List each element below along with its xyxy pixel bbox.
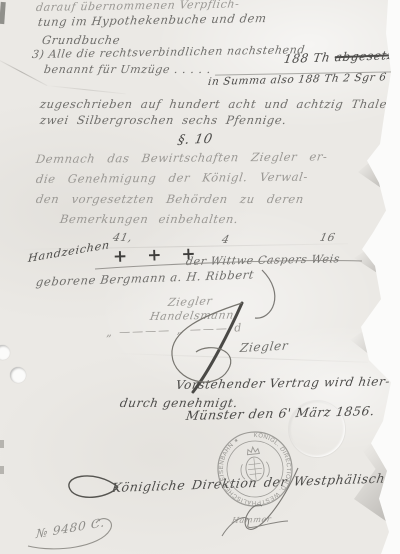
torn-edge-shadow (358, 150, 384, 190)
stamp-supporter-right (265, 462, 270, 477)
signature-name: Ziegler (239, 339, 289, 355)
edge-ink-mark (0, 466, 4, 474)
amount-in-words-line: zwei Silbergroschen sechs Pfennige. (39, 113, 288, 127)
amount-in-words-line: zugeschrieben auf hundert acht und achtz… (39, 97, 394, 111)
official-signature-name: Hammer (231, 515, 272, 525)
witness-name: Ziegler (167, 294, 213, 309)
figure-note: 41, (112, 231, 134, 244)
paren-flourish (255, 270, 275, 318)
paper-crease (0, 58, 47, 86)
amount-value: 188 Th (283, 50, 331, 66)
paper-crease (46, 85, 126, 94)
witness-name: Handelsmann (149, 309, 235, 323)
amount-entry: 188 Th abgesetzt (283, 48, 400, 66)
torn-edge-shadow (354, 240, 382, 276)
figure-note: 16 (319, 231, 337, 244)
section-paragraph-line: Bemerkungen einbehalten. (59, 212, 239, 226)
manuscript-line: benannt für Umzüge . . . . . (43, 63, 212, 76)
file-number: № 9480 C. (36, 515, 105, 541)
section-paragraph-line: Demnach das Bewirtschaften Ziegler er- (35, 149, 328, 166)
stamp-supporter-left (240, 464, 245, 479)
edge-ink-mark (0, 2, 6, 24)
crossed-out-word: abgesetzt (334, 48, 400, 64)
scanned-document: darauf übernommenen Verpflich- tung im H… (0, 0, 400, 554)
witness-line: der Wittwe Caspers Weis (185, 252, 341, 268)
edge-ink-mark (0, 440, 4, 448)
handzeichen-label: Handzeichen (28, 238, 111, 265)
approval-line: Vorstehender Vertrag wird hier- (175, 374, 391, 392)
manuscript-line: tung im Hypothekenbuche und dem (37, 11, 267, 29)
section-heading: §. 10 (177, 132, 214, 148)
witness-line: geborene Bergmann a. H. Ribbert (35, 267, 255, 289)
manuscript-line: Grundbuche (41, 33, 121, 47)
torn-edge-shadow (350, 318, 384, 366)
punch-hole (10, 367, 26, 383)
figure-note: 4 (221, 233, 231, 246)
section-paragraph-line: den vorgesetzten Behörden zu deren (35, 192, 305, 206)
stamp-crown (247, 446, 260, 454)
section-paragraph-line: die Genehmigung der Königl. Verwal- (35, 170, 309, 186)
paper-sheet: darauf übernommenen Verpflich- tung im H… (0, 0, 396, 554)
official-seal-stamp: KÖNIGL. DIRECTION D. WESTPHÄLISCHEN EISE… (209, 423, 301, 515)
ditto-marks-line: „ ———— „ ——— d (106, 321, 244, 339)
